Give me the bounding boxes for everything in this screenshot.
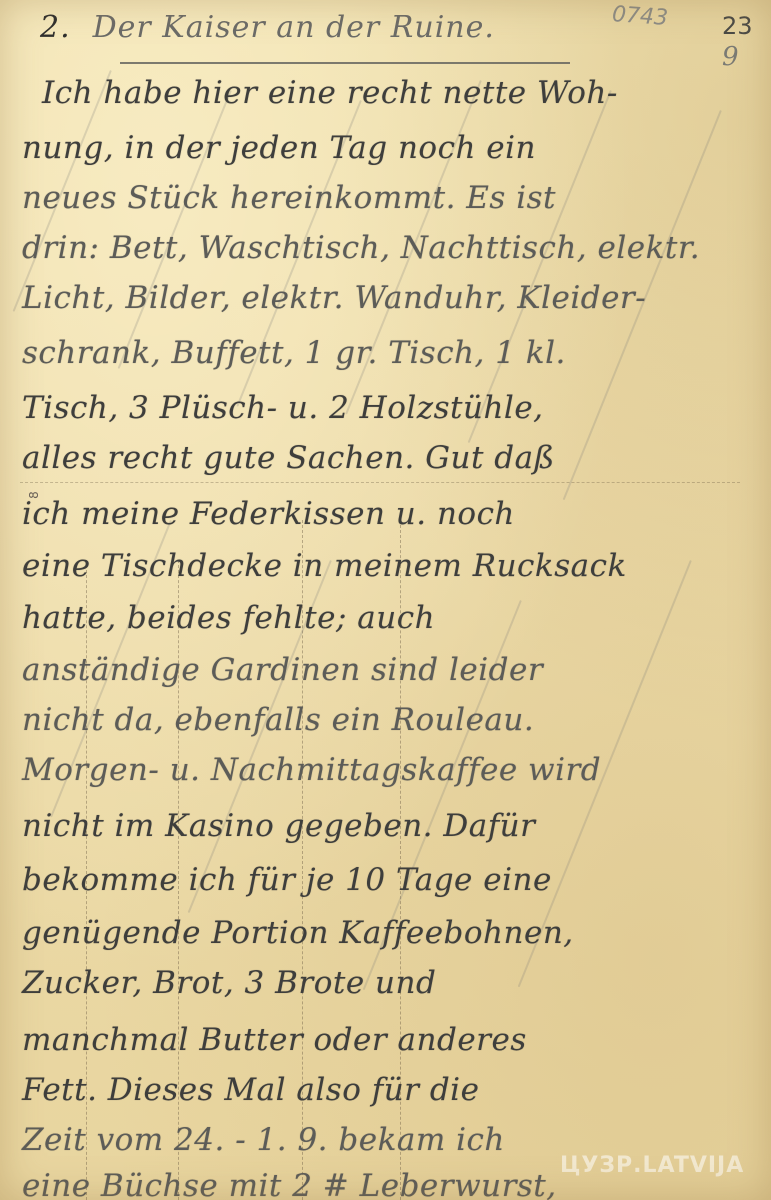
text-line: alles recht gute Sachen. Gut daß: [22, 440, 762, 476]
text-line: nung, in der jeden Tag noch ein: [22, 130, 762, 166]
text-line: Fett. Dieses Mal also für die: [22, 1072, 762, 1108]
text-line: Morgen- u. Nachmittagskaffee wird: [22, 752, 762, 788]
page-number: 23: [722, 12, 753, 40]
text-line: genügende Portion Kaffeebohnen,: [22, 915, 762, 951]
margin-mark: 8: [27, 491, 41, 499]
text-line: anständige Gardinen sind leider: [22, 652, 762, 688]
letter-page: 2.Der Kaiser an der Ruine. 0743 23 9 Ich…: [0, 0, 771, 1200]
printed-divider-line: [20, 482, 740, 483]
page-number-sub: 9: [722, 42, 739, 72]
text-line: eine Tischdecke in meinem Rucksack: [22, 548, 762, 584]
text-line: Tisch, 3 Plüsch- u. 2 Holzstühle,: [22, 390, 762, 426]
text-line: nicht da, ebenfalls ein Rouleau.: [22, 702, 762, 738]
title-underline: [120, 62, 570, 64]
text-line: manchmal Butter oder anderes: [22, 1022, 762, 1058]
archive-number: 0743: [611, 2, 669, 31]
letter-title: Der Kaiser an der Ruine.: [93, 10, 495, 45]
text-line: neues Stück hereinkommt. Es ist: [22, 180, 762, 216]
watermark: ЦУЗР.LATVIJA: [560, 1153, 744, 1178]
text-line: Zucker, Brot, 3 Brote und: [22, 965, 762, 1001]
text-line: bekomme ich für je 10 Tage eine: [22, 862, 762, 898]
section-number: 2.: [40, 10, 71, 45]
text-line: nicht im Kasino gegeben. Dafür: [22, 808, 762, 844]
text-line: schrank, Buffett, 1 gr. Tisch, 1 kl.: [22, 335, 762, 371]
text-line: drin: Bett, Waschtisch, Nachttisch, elek…: [22, 230, 762, 266]
letter-heading: 2.Der Kaiser an der Ruine.: [40, 10, 495, 45]
text-line: Licht, Bilder, elektr. Wanduhr, Kleider-: [22, 280, 762, 316]
text-line: hatte, beides fehlte; auch: [22, 600, 762, 636]
text-line: ich meine Federkissen u. noch: [22, 496, 762, 532]
text-line: Ich habe hier eine recht nette Woh-: [42, 75, 771, 111]
